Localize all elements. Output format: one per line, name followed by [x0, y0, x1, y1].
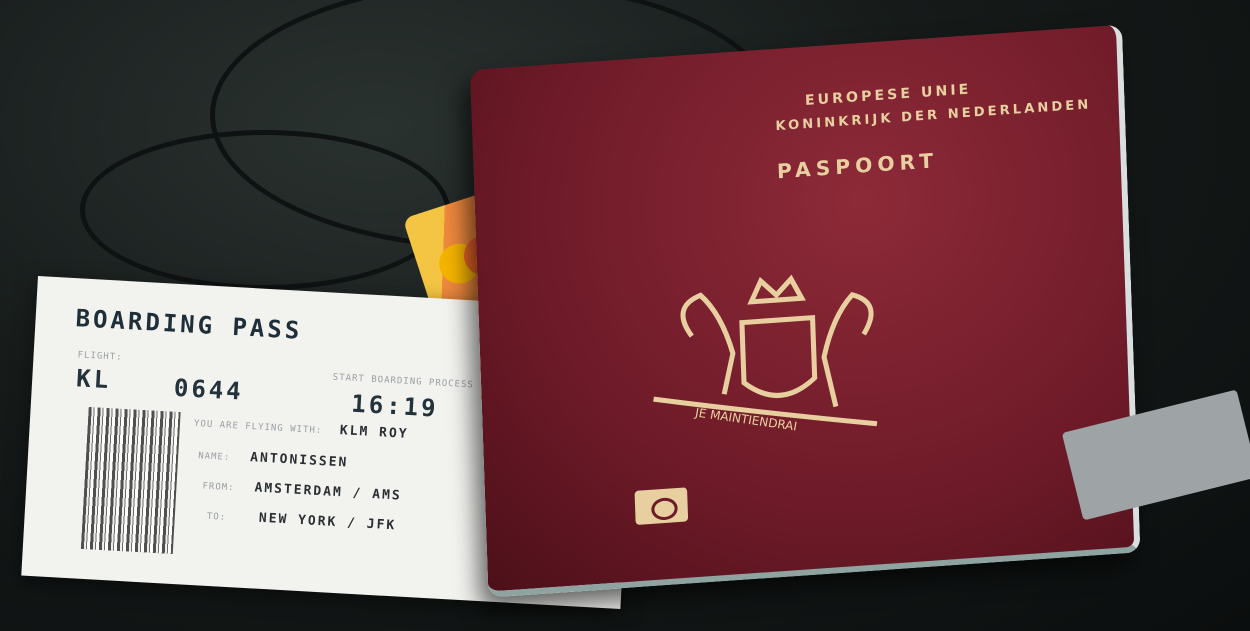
barcode [81, 407, 181, 554]
flight-label: FLIGHT: [77, 350, 122, 362]
biometric-chip-icon [635, 487, 689, 525]
origin: AMSTERDAM / AMS [254, 480, 402, 503]
boarding-pass-title: BOARDING PASS [75, 304, 303, 345]
airline-label: YOU ARE FLYING WITH: [194, 419, 323, 436]
airline-name: KLM ROY [339, 423, 409, 442]
passport-title: PASPOORT [777, 148, 939, 183]
to-label: TO: [207, 512, 227, 523]
boarding-time: 16:19 [351, 390, 440, 423]
from-label: FROM: [202, 482, 235, 494]
coat-of-arms-icon: JE MAINTIENDRAI [629, 252, 898, 461]
passport: EUROPESE UNIE KONINKRIJK DER NEDERLANDEN… [470, 25, 1140, 598]
boarding-label: START BOARDING PROCESS [333, 373, 475, 391]
flight-number: 0644 [173, 374, 244, 406]
name-label: NAME: [198, 451, 231, 463]
passenger-name: ANTONISSEN [250, 450, 349, 470]
airline-code: KL [76, 364, 112, 394]
passport-union: EUROPESE UNIE [805, 81, 972, 109]
destination: NEW YORK / JFK [258, 511, 396, 534]
